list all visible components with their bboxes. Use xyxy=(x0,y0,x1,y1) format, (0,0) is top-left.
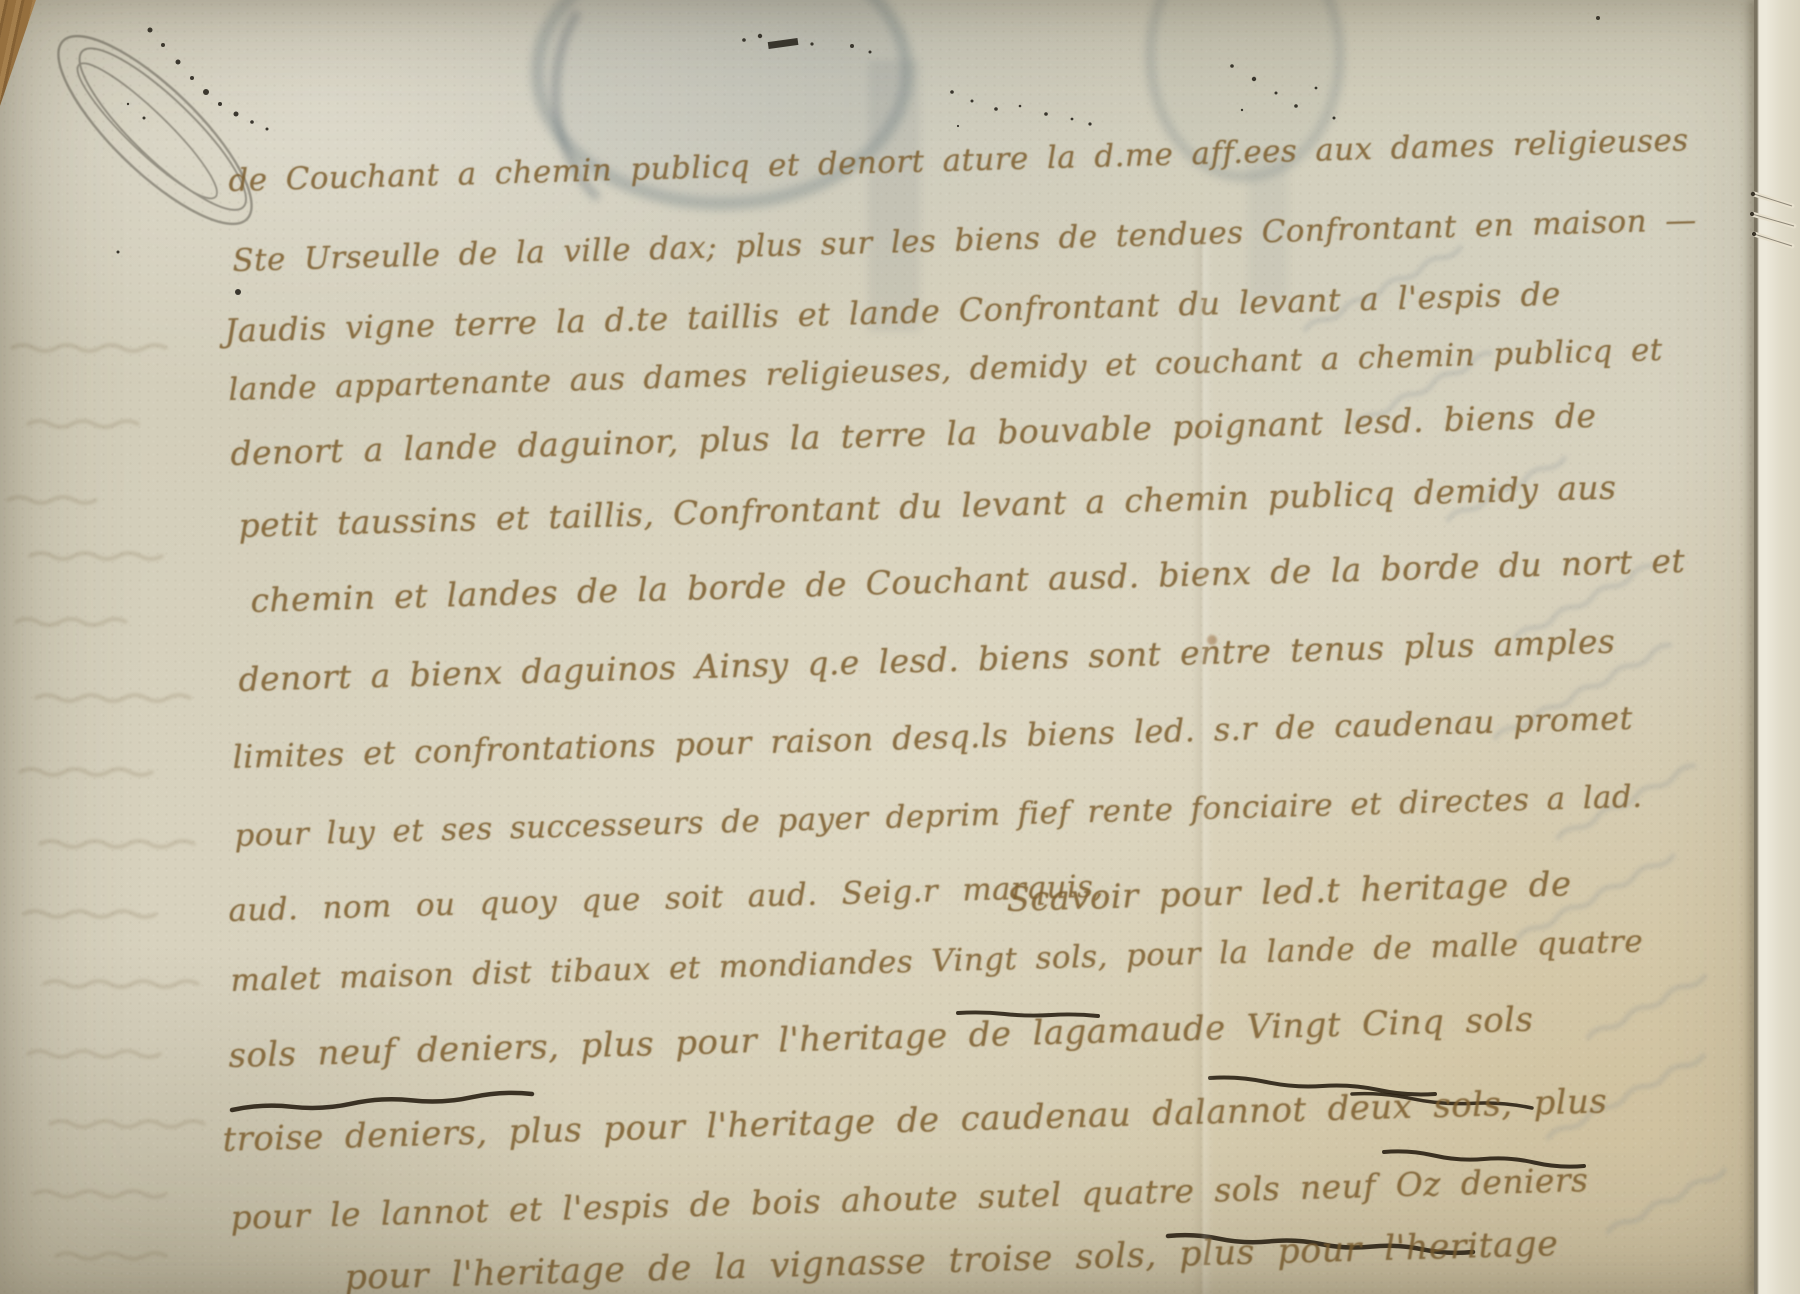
pencil-scribble xyxy=(34,11,277,249)
stitch-repair xyxy=(1750,186,1800,252)
manuscript-line: denort a bienx daguinos Ainsy q.e lesd. … xyxy=(238,622,1616,699)
manuscript-line: troise deniers, plus pour l'heritage de … xyxy=(222,1081,1608,1160)
parchment-page: de Couchant a chemin publicq et denort a… xyxy=(0,0,1800,1294)
bleed-through-writing-left xyxy=(8,345,204,1259)
manuscript-line: Ste Urseulle de la ville dax; plus sur l… xyxy=(232,202,1697,279)
manuscript-line: Jaudis vigne terre la d.te taillis et la… xyxy=(224,275,1561,350)
manuscript-line: sols neuf deniers, plus pour l'heritage … xyxy=(228,1000,1534,1076)
photo-frame: de Couchant a chemin publicq et denort a… xyxy=(0,0,1800,1294)
manuscript-line: pour le lannot et l'espis de bois ahoute… xyxy=(230,1160,1589,1237)
manuscript-line: denort a lande daguinor, plus la terre l… xyxy=(230,396,1597,473)
vertical-crease xyxy=(1192,240,1214,1294)
manuscript-line: malet maison dist tibaux et mondiandes V… xyxy=(230,924,1644,999)
manuscript-line: chemin et landes de la borde de Couchant… xyxy=(250,541,1686,620)
manuscript-line: pour luy et ses successeurs de payer dep… xyxy=(234,779,1643,854)
manuscript-line: limites et confrontations pour raison de… xyxy=(232,699,1633,776)
manuscript-line: pour l'heritage de la vignasse troise so… xyxy=(344,1224,1559,1294)
manuscript-line: petit taussins et taillis, Confrontant d… xyxy=(238,468,1617,545)
manuscript-line: aud. nom ou quoy que soit aud. Seig.r ma… xyxy=(228,869,1104,929)
manuscript-line: de Couchant a chemin publicq et denort a… xyxy=(228,122,1689,199)
